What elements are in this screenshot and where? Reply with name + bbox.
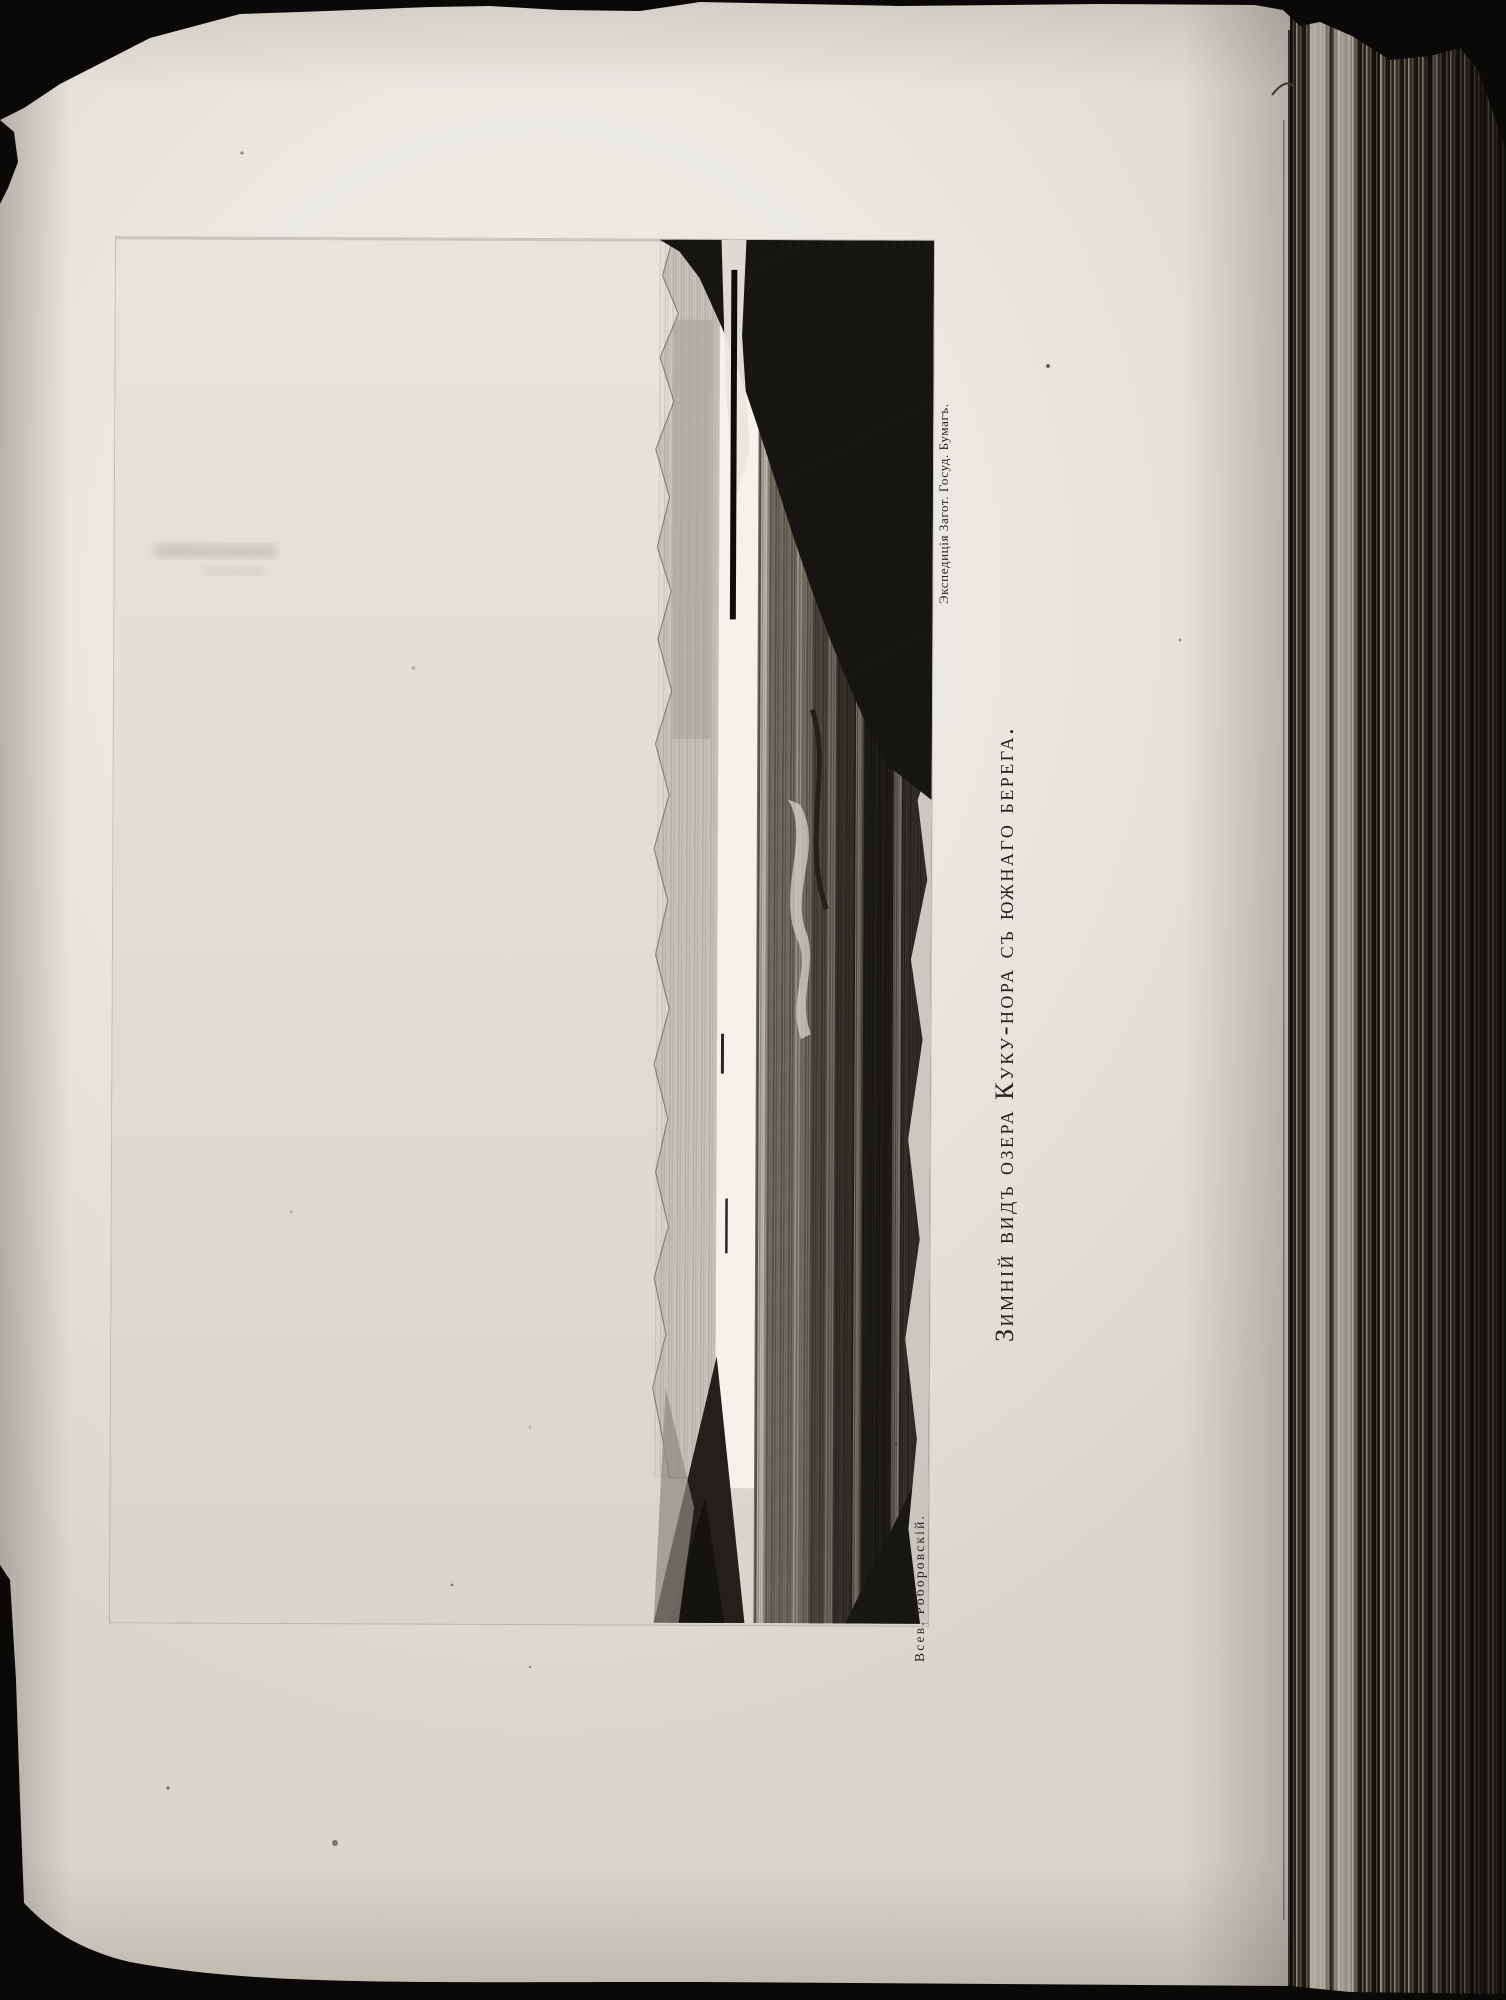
book-fore-edge	[1290, 0, 1506, 2000]
book-scan-page: Зимній видъ озера Куку-нора съ южнаго бе…	[0, 0, 1506, 2000]
snowy-mountain-ridge	[651, 240, 724, 1478]
artist-credit: Всев. Роборовскій.	[912, 1396, 930, 1662]
illustration-plate	[109, 236, 935, 1627]
printer-credit: Экспедиція Загот. Госуд. Бумагъ.	[936, 250, 954, 604]
landscape-illustration	[110, 237, 934, 1626]
book-page: Зимній видъ озера Куку-нора съ южнаго бе…	[0, 0, 1292, 2000]
plate-caption: Зимній видъ озера Куку-нора съ южнаго бе…	[983, 560, 1031, 1342]
